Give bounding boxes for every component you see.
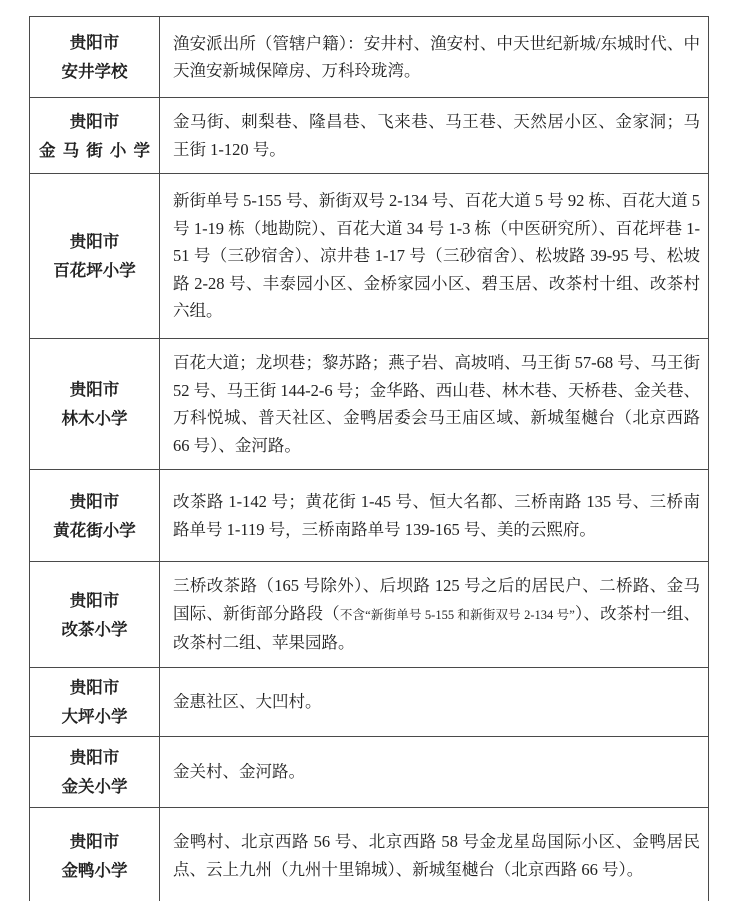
- school-name: 安井学校: [32, 57, 157, 86]
- school-name: 改茶小学: [32, 615, 157, 644]
- table-row: 贵阳市 大坪小学 金惠社区、大凹村。: [30, 668, 709, 737]
- school-city: 贵阳市: [32, 673, 157, 702]
- district-area-cell: 三桥改茶路（165 号除外）、后坝路 125 号之后的居民户、二桥路、金马国际、…: [160, 562, 709, 668]
- school-name: 金关小学: [32, 772, 157, 801]
- district-area-text: 金惠社区、大凹村。: [173, 692, 322, 711]
- school-name-cell: 贵阳市 改茶小学: [30, 562, 160, 668]
- school-name: 林木小学: [32, 404, 157, 433]
- school-city: 贵阳市: [32, 827, 157, 856]
- table-row: 贵阳市 改茶小学 三桥改茶路（165 号除外）、后坝路 125 号之后的居民户、…: [30, 562, 709, 668]
- document-page: 贵阳市 安井学校 渔安派出所（管辖户籍）：安井村、渔安村、中天世纪新城/东城时代…: [0, 0, 740, 901]
- district-area-text: 渔安派出所（管辖户籍）：安井村、渔安村、中天世纪新城/东城时代、中天渔安新城保障…: [173, 34, 700, 81]
- table-row: 贵阳市 林木小学 百花大道；龙坝巷；黎苏路；燕子岩、高坡哨、马王街 57-68 …: [30, 339, 709, 470]
- school-name: 金马街小学: [32, 136, 157, 165]
- district-area-cell: 金关村、金河路。: [160, 737, 709, 808]
- district-area-text: 金鸭村、北京西路 56 号、北京西路 58 号金龙星岛国际小区、金鸭居民点、云上…: [173, 832, 700, 879]
- school-name: 黄花街小学: [32, 516, 157, 545]
- district-area-text: 金马街、刺梨巷、隆昌巷、飞来巷、马王巷、天然居小区、金家洞；马王街 1-120 …: [173, 112, 700, 159]
- district-area-cell: 改茶路 1-142 号；黄花街 1-45 号、恒大名都、三桥南路 135 号、三…: [160, 470, 709, 562]
- school-name-cell: 贵阳市 金马街小学: [30, 98, 160, 174]
- district-area-cell: 新街单号 5-155 号、新街双号 2-134 号、百花大道 5 号 92 栋、…: [160, 174, 709, 339]
- district-area-cell: 金鸭村、北京西路 56 号、北京西路 58 号金龙星岛国际小区、金鸭居民点、云上…: [160, 808, 709, 901]
- district-area-text: 新街单号 5-155 号、新街双号 2-134 号、百花大道 5 号 92 栋、…: [173, 191, 700, 320]
- table-row: 贵阳市 安井学校 渔安派出所（管辖户籍）：安井村、渔安村、中天世纪新城/东城时代…: [30, 17, 709, 98]
- school-name-cell: 贵阳市 黄花街小学: [30, 470, 160, 562]
- school-city: 贵阳市: [32, 28, 157, 57]
- school-name-cell: 贵阳市 安井学校: [30, 17, 160, 98]
- school-city: 贵阳市: [32, 586, 157, 615]
- school-city: 贵阳市: [32, 743, 157, 772]
- school-city: 贵阳市: [32, 375, 157, 404]
- school-name-cell: 贵阳市 金关小学: [30, 737, 160, 808]
- district-area-cell: 金惠社区、大凹村。: [160, 668, 709, 737]
- district-area-text: 百花大道；龙坝巷；黎苏路；燕子岩、高坡哨、马王街 57-68 号、马王街 52 …: [173, 353, 700, 455]
- table-row: 贵阳市 金关小学 金关村、金河路。: [30, 737, 709, 808]
- district-area-cell: 百花大道；龙坝巷；黎苏路；燕子岩、高坡哨、马王街 57-68 号、马王街 52 …: [160, 339, 709, 470]
- school-city: 贵阳市: [32, 487, 157, 516]
- table-row: 贵阳市 金鸭小学 金鸭村、北京西路 56 号、北京西路 58 号金龙星岛国际小区…: [30, 808, 709, 901]
- district-area-cell: 金马街、刺梨巷、隆昌巷、飞来巷、马王巷、天然居小区、金家洞；马王街 1-120 …: [160, 98, 709, 174]
- district-area-exclusion-note: 不含“新街单号 5-155 和新街双号 2-134 号”: [340, 608, 575, 622]
- school-name-cell: 贵阳市 大坪小学: [30, 668, 160, 737]
- district-area-text: 改茶路 1-142 号；黄花街 1-45 号、恒大名都、三桥南路 135 号、三…: [173, 492, 700, 539]
- district-area-cell: 渔安派出所（管辖户籍）：安井村、渔安村、中天世纪新城/东城时代、中天渔安新城保障…: [160, 17, 709, 98]
- table-row: 贵阳市 百花坪小学 新街单号 5-155 号、新街双号 2-134 号、百花大道…: [30, 174, 709, 339]
- school-city: 贵阳市: [32, 227, 157, 256]
- school-district-table: 贵阳市 安井学校 渔安派出所（管辖户籍）：安井村、渔安村、中天世纪新城/东城时代…: [29, 16, 709, 901]
- school-name: 大坪小学: [32, 702, 157, 731]
- school-name-cell: 贵阳市 百花坪小学: [30, 174, 160, 339]
- table-row: 贵阳市 金马街小学 金马街、刺梨巷、隆昌巷、飞来巷、马王巷、天然居小区、金家洞；…: [30, 98, 709, 174]
- school-name: 百花坪小学: [32, 256, 157, 285]
- school-name: 金鸭小学: [32, 856, 157, 885]
- table-row: 贵阳市 黄花街小学 改茶路 1-142 号；黄花街 1-45 号、恒大名都、三桥…: [30, 470, 709, 562]
- school-name-cell: 贵阳市 金鸭小学: [30, 808, 160, 901]
- school-city: 贵阳市: [32, 107, 157, 136]
- school-name-cell: 贵阳市 林木小学: [30, 339, 160, 470]
- district-area-text: 金关村、金河路。: [173, 762, 305, 781]
